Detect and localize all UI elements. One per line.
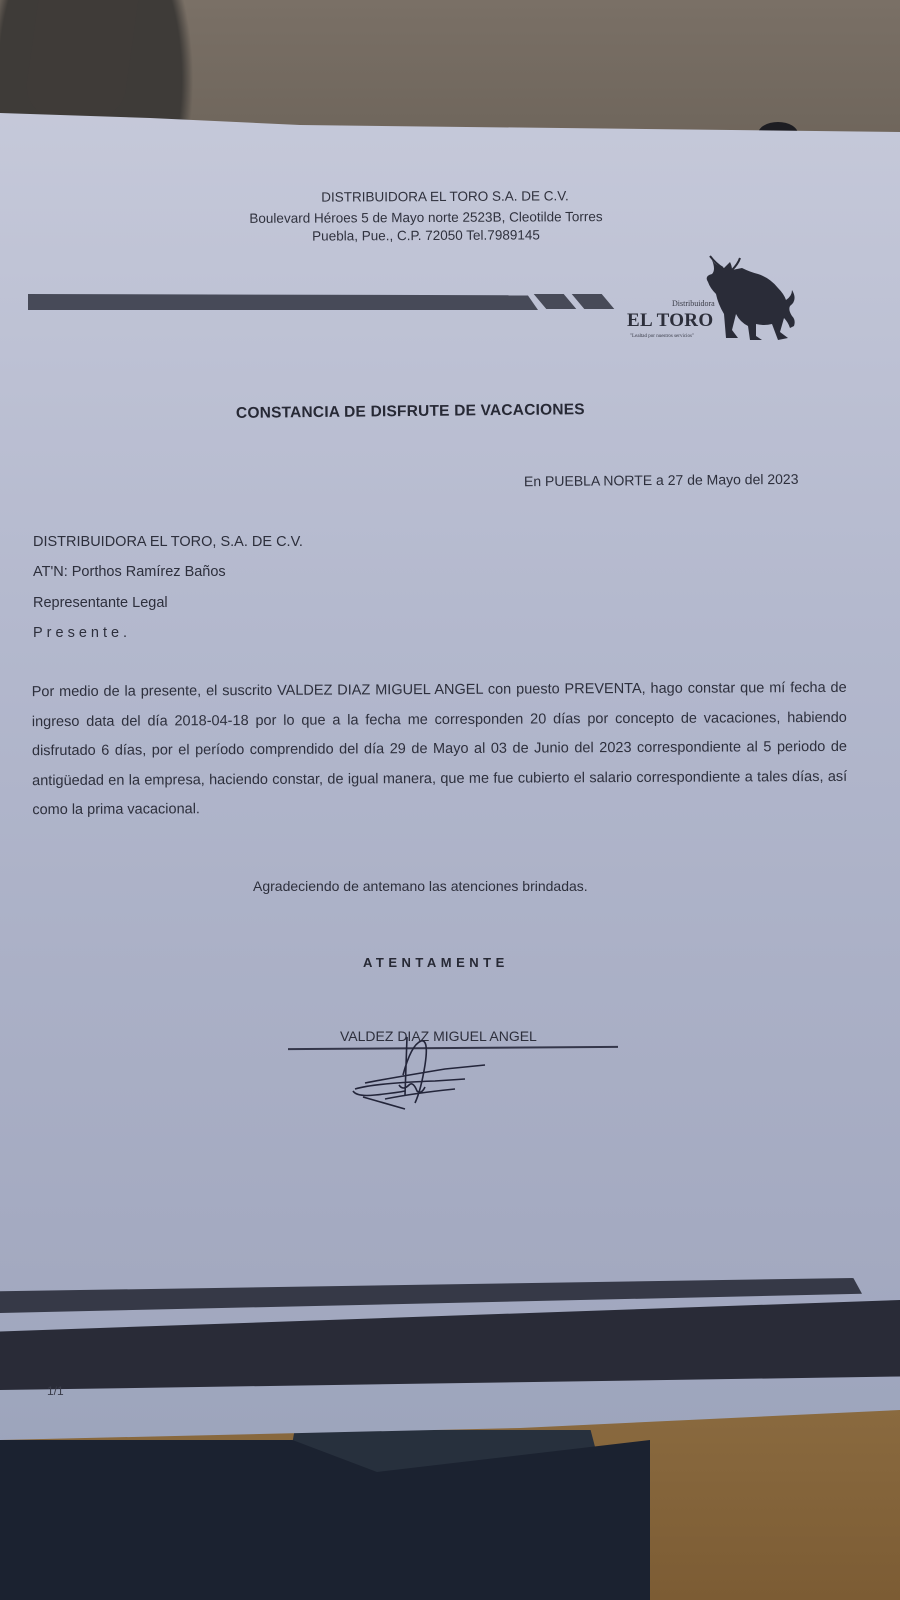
- logo-tagline: "Lealtad por nuestros servicios": [630, 334, 694, 339]
- document-title: CONSTANCIA DE DISFRUTE DE VACACIONES: [236, 401, 585, 423]
- handwritten-signature-icon: [345, 1035, 505, 1115]
- bull-icon: [620, 252, 810, 347]
- header-band: [28, 294, 538, 310]
- logo-small-text: Distribuidora: [672, 299, 715, 308]
- addressee-role: Representante Legal: [33, 595, 168, 611]
- addressee-company: DISTRIBUIDORA EL TORO, S.A. DE C.V.: [33, 534, 303, 550]
- body-paragraph: Por medio de la presente, el suscrito VA…: [32, 674, 848, 826]
- addressee-presente: Presente.: [33, 625, 131, 641]
- company-logo: Distribuidora EL TORO "Lealtad por nuest…: [620, 252, 810, 347]
- page-number: 1/1: [47, 1384, 64, 1398]
- logo-main-text: EL TORO: [627, 310, 713, 332]
- footer-band-thick: [0, 1300, 900, 1390]
- place-date: En PUEBLA NORTE a 27 de Mayo del 2023: [524, 471, 799, 489]
- company-address-line2: Puebla, Pue., C.P. 72050 Tel.7989145: [0, 226, 876, 246]
- header-stripe: [534, 294, 577, 309]
- addressee-attention: AT'N: Porthos Ramírez Baños: [33, 564, 226, 580]
- document: DISTRIBUIDORA EL TORO S.A. DE C.V. Boule…: [0, 0, 900, 1600]
- header-stripe: [572, 294, 615, 309]
- company-address-line1: Boulevard Héroes 5 de Mayo norte 2523B, …: [0, 208, 876, 228]
- closing-text: Agradeciendo de antemano las atenciones …: [253, 878, 588, 894]
- company-name-header: DISTRIBUIDORA EL TORO S.A. DE C.V.: [0, 187, 895, 207]
- sign-off: ATENTAMENTE: [363, 955, 509, 970]
